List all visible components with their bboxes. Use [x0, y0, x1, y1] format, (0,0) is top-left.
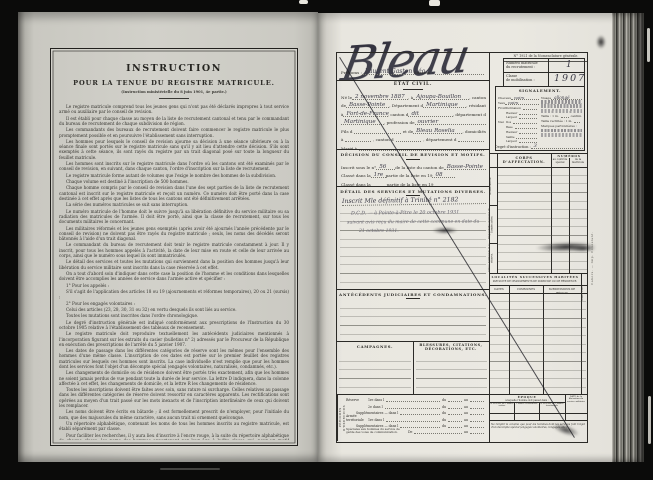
taille-rectifiee-blank	[574, 119, 580, 123]
row5-label-b: et de	[403, 129, 413, 134]
instruction-paragraph: Le degré d'instruction générale est indi…	[59, 320, 289, 331]
row2-label-b: , Département d	[389, 103, 423, 108]
row3-label-b: , canton d	[388, 112, 409, 117]
taille-rectifiee-label: Taille rectifiée : 1 m.	[541, 119, 572, 123]
residence-departement-value: Martinique	[344, 119, 376, 125]
instruction-paragraph: Le registre matricule forme autant de vo…	[59, 173, 289, 178]
cheveux-value: noirs	[514, 95, 524, 100]
decision-header: DÉCISION DU CONSEIL DE REVISION ET MOTIF…	[337, 152, 489, 157]
du-blank	[448, 424, 462, 428]
du-blank	[448, 405, 462, 409]
services-header-rule	[406, 195, 420, 196]
instruction-paragraph: Le registre matricule doit reproduire te…	[59, 331, 289, 347]
blessures-header: BLESSURES, CITATIONS, DÉCORATIONS, ETC.	[413, 343, 489, 352]
scan-speck	[647, 28, 650, 62]
matricule-number-value: 1	[566, 60, 572, 70]
epoque-v3	[565, 394, 566, 420]
etat-civil-top-rule	[337, 80, 489, 81]
row6-label-a: à	[341, 137, 343, 142]
classe-value: 1907	[554, 73, 586, 84]
etat-civil-rows: Né le 2 novembre 1887 , à Ajoupa-Bouillo…	[341, 91, 486, 151]
front-largeur-label: Largeur	[506, 115, 517, 119]
taille-label: Taille : 1 m.	[541, 114, 559, 118]
decision-header-rule	[406, 159, 420, 160]
book-fore-edge	[612, 13, 644, 462]
instruction-paragraph: La série des numéros matricules se suit …	[59, 202, 289, 207]
localites-header-rule	[489, 285, 587, 286]
instruction-paragraph: Les commandants des bureaux de recruteme…	[59, 127, 289, 138]
ink-blot	[596, 35, 606, 49]
epoque-col1: la réserve de l'armée active	[490, 403, 514, 408]
campagnes-ruled-lines	[339, 353, 411, 391]
au-label: au	[464, 405, 468, 409]
epoque-date-col: DATE de la libération du service militai…	[566, 396, 586, 403]
ink-scrawl-line	[541, 133, 582, 137]
matricule-label-line2: du recrutement :	[506, 65, 538, 69]
instruction-title: INSTRUCTION	[59, 63, 289, 74]
matricule-box: Numéro matricule du recrutement : 1 Clas…	[503, 58, 585, 87]
services-dcd-line3: 21 octobre 1931.	[359, 229, 399, 234]
antecedents-ruled-lines	[340, 300, 486, 339]
etat-civil-header: ÉTAT CIVIL.	[337, 82, 489, 87]
instruction-paragraph: Toutes les inscriptions doivent être fai…	[59, 387, 289, 408]
au-blank	[470, 398, 484, 402]
localites-title1: LOCALITÉS SUCCESSIVES HABITÉES	[491, 275, 579, 279]
degre-instruction-label: Degré d'instruction :	[495, 145, 531, 149]
periode-row2-label: 2e dans l	[368, 405, 383, 409]
epoque-col2: l'armée territoriale	[515, 403, 539, 405]
au-label: au	[464, 411, 468, 415]
etat-civil-row4: Martinique , profession de ouvrier	[341, 117, 486, 126]
decision-top-rule	[337, 149, 489, 150]
birth-departement-value: Martinique	[426, 102, 458, 108]
antecedents-header-rule	[406, 298, 420, 299]
nez-base-blank	[515, 125, 537, 129]
corps-ruled-rows	[498, 167, 587, 273]
au-blank	[470, 418, 484, 422]
degre-instruction-row: Degré d'instruction : 3	[495, 144, 583, 149]
periodes-side-label: PÉRIODES D'EXERCICES	[337, 394, 345, 441]
au-label: au	[464, 430, 468, 434]
front-hauteur-label: Hauteur	[506, 111, 517, 115]
visage-value: allongé	[554, 95, 570, 100]
classe-label: Classe de mobilisation :	[506, 74, 535, 83]
au-label: au	[464, 398, 468, 402]
row1-label-a: Né le	[341, 95, 352, 100]
ink-scrawl-line	[541, 100, 582, 104]
row3-label-c: , département d	[453, 112, 486, 117]
instruction-paragraph: 2° Pour les engagés volontaires :	[59, 301, 289, 306]
campagnes-header: CAMPAGNES.	[337, 344, 413, 349]
periodes-block: PÉRIODES D'EXERCICES Réserve 1re dans l …	[337, 394, 489, 441]
nez-hauteur-blank	[519, 130, 537, 134]
etat-civil-row3: à Fort-de-France , canton d dit , départ…	[341, 108, 486, 117]
prenoms-label: Prénoms :	[341, 70, 362, 75]
etat-civil-row5: Fils d et de Bleau Roselia , domiciliés	[341, 125, 486, 134]
instruction-paragraph: Le numéro matricule de l'homme doit le s…	[59, 209, 289, 225]
dates-col-header: DATES	[489, 287, 509, 291]
spec-label: Spéciales aux hommes du service de garde…	[346, 428, 408, 434]
nez-label: Nez	[498, 120, 506, 124]
classe-label-line2: de mobilisation :	[506, 78, 535, 82]
periode-row4-label: 1re dans l	[368, 418, 384, 422]
front-largeur-blank	[519, 115, 537, 119]
instruction-paragraph: Celui des articles (23, 28, 30, 31 ou 32…	[59, 307, 289, 312]
scan-speck	[160, 468, 220, 470]
au-blank	[470, 411, 484, 415]
scan-speck	[299, 0, 308, 4]
decision-rows: Inscrit sous le n° 56 de la liste du can…	[341, 161, 486, 187]
corps-title: CORPS D'AFFECTATION.	[497, 156, 551, 164]
du-label: du	[442, 405, 446, 409]
de-label: De	[408, 430, 412, 434]
visage-label: Visage	[541, 96, 551, 100]
periode-row1-blank	[386, 398, 440, 402]
row1-label-c: , canton	[469, 95, 486, 100]
instruction-paragraph: Pour faciliter les recherches, il y aura…	[59, 433, 289, 440]
instruction-paragraph: Les dates de passage dans les différente…	[59, 348, 289, 369]
services-ruled-lines	[340, 205, 486, 287]
instruction-frame: INSTRUCTION POUR LA TENUE DU REGISTRE MA…	[50, 48, 298, 446]
etat-civil-row6: à , canton d , département d	[341, 134, 486, 143]
instruction-paragraph: Les changements de domicile ou de réside…	[59, 370, 289, 386]
row5-label-a: Fils d	[341, 129, 352, 134]
liste-annee-value: 08	[435, 172, 442, 178]
instruction-content: INSTRUCTION POUR LA TENUE DU REGISTRE MA…	[59, 55, 289, 440]
etat-civil-row2: de Basse-Pointe , Département d Martiniq…	[341, 100, 486, 109]
row5-label-c: , domiciliés	[462, 129, 486, 134]
domicile-blank	[345, 135, 371, 142]
taille-blank	[561, 114, 569, 118]
ink-scrawl-line	[541, 109, 582, 113]
periode-row4-blank	[386, 418, 440, 422]
signalement-right: Visage allongé Taille : 1 m. centim. Tai…	[541, 94, 582, 137]
residence-canton-value: dit	[411, 111, 419, 117]
localites-table: LOCALITÉS SUCCESSIVES HABITÉES PAR SUITE…	[489, 273, 587, 394]
profession-value: ouvrier	[418, 119, 439, 125]
yeux-value: noirs	[508, 100, 518, 105]
instruction-paragraph: Un répertoire alphabétique, contenant le…	[59, 421, 289, 432]
instruction-paragraph: Toutes les mutations sont inscrites dans…	[59, 313, 289, 318]
territoriale-group-label: Armée territoriale	[346, 414, 368, 422]
du-label: du	[442, 411, 446, 415]
services-header: DÉTAIL DES SERVICES ET MUTATIONS DIVERSE…	[337, 189, 489, 194]
instruction-paragraphs: Le registre matricule comprend tous les …	[59, 104, 289, 440]
du-blank	[448, 418, 462, 422]
printer-imprint: Cahors. — Imp. Coueslant.	[590, 208, 596, 308]
instruction-paragraph: Les militaires réformés et les jeunes ge…	[59, 226, 289, 242]
etat-civil-header-rule	[403, 89, 423, 90]
liste-partie-value: 1re	[374, 172, 384, 178]
front-label: Front	[498, 106, 506, 110]
scan-speck	[648, 396, 651, 444]
services-dcd-line2: suivant avis reçu du maire de cette comm…	[347, 220, 479, 226]
au-blank	[470, 424, 484, 428]
du-label: du	[442, 424, 446, 428]
front-inclinaison-label: Inclinaison	[506, 106, 521, 110]
matricule-col: de la matricule	[569, 159, 587, 165]
spec-label-line2: des voies de communication.	[355, 430, 397, 434]
decision-l1-label: Inscrit sous le n°	[341, 165, 376, 170]
domicile-dept-blank	[458, 135, 484, 142]
controle-special-col: au contrôle spécial	[551, 159, 569, 165]
instruction-paragraph: S'il s'agit de l'application des article…	[59, 289, 289, 300]
au-label: au	[464, 418, 468, 422]
reserve-group-label: Réserve	[346, 398, 368, 402]
armee-active-group: Armée active.	[489, 167, 497, 205]
periode-row1-label: 1re dans l	[368, 398, 384, 402]
mother-name-value: Bleau Roselia	[416, 128, 455, 134]
instruction-paragraph: Le détail des services et toutes les mut…	[59, 259, 289, 270]
services-dcd-line1: D.C.D. — à Pointe-à-Pitre le 20 octobre …	[351, 211, 459, 217]
title-rule	[159, 98, 189, 99]
surnom-blank	[435, 68, 484, 75]
left-page-instruction-sheet: INSTRUCTION POUR LA TENUE DU REGISTRE MA…	[18, 12, 318, 462]
au-label: au	[464, 424, 468, 428]
taille-unit: centim.	[571, 114, 582, 118]
localites-title2: PAR SUITE DE CHANGEMENTS DE DOMICILE OU …	[491, 280, 579, 283]
row2-label-c: , résidant	[466, 103, 486, 108]
instruction-paragraph: Chaque homme compris par le conseil de r…	[59, 185, 289, 201]
au-blank	[470, 405, 484, 409]
domicile-canton-blank	[396, 135, 422, 142]
du-blank	[448, 411, 462, 415]
du-blank	[448, 398, 462, 402]
right-page-matricule-sheet: N° 1921 de la Nomenclature générale. Ble…	[318, 13, 644, 462]
disponibilite-group: Disponibilité et réserve de l'armée acti…	[489, 205, 497, 243]
nez-dos-label: Dos	[506, 120, 511, 124]
nez-dos-blank	[513, 120, 537, 124]
nez-saillie-label: Saillie	[506, 135, 514, 139]
decision-l2-label: Classé dans la	[341, 173, 371, 178]
antecedents-header: ANTÉCÉDENTS JUDICIAIRES ET CONDAMNATIONS…	[337, 292, 489, 297]
du-label: du	[442, 398, 446, 402]
periode-row3-blank	[400, 411, 440, 415]
front-inclinaison-blank	[523, 106, 537, 110]
du-label: du	[442, 418, 446, 422]
instruction-paragraph: Il est établi pour chaque classe au moye…	[59, 116, 289, 127]
services-top-rule	[337, 186, 489, 187]
epoque-bottom-rule	[489, 420, 587, 421]
matricule-box-vdivider	[548, 59, 549, 86]
instruction-paragraph: Les hommes pour lesquels le conseil de r…	[59, 139, 289, 160]
instruction-subtitle: POUR LA TENUE DU REGISTRE MATRICULE.	[59, 79, 289, 87]
nez-hauteur-label: Hauteur	[506, 130, 517, 134]
instruction-paragraph: Le commandant du bureau de recrutement d…	[59, 242, 289, 258]
blessures-header-line2: DÉCORATIONS, ETC.	[413, 347, 489, 351]
signalement-header: SIGNALEMENT.	[496, 88, 584, 93]
ink-scrawl-line	[541, 104, 582, 108]
instruction-ministerial-note: (Instruction ministérielle du 8 juin 190…	[59, 90, 289, 94]
territoriale-group: Armée territoriale et sa réserve.	[489, 243, 497, 273]
scan-speck	[429, 0, 440, 6]
front-hauteur-blank	[519, 111, 537, 115]
epoque-v2	[539, 402, 540, 420]
marques-label: Marques particulières :	[541, 124, 577, 128]
epoque-v1	[514, 402, 515, 420]
periodes-rows: Réserve 1re dans l du au 2e dans l du au	[346, 396, 486, 434]
communes-col-header: COMMUNES	[509, 287, 543, 291]
cheveux-label: Cheveux	[498, 96, 511, 100]
nez-largeur-label: Largeur	[506, 139, 517, 143]
residence-value: Fort-de-France	[346, 111, 388, 117]
decision-l1b-label: de la liste du canton de	[395, 165, 444, 170]
liste-canton-value: Basse-Pointe	[447, 164, 483, 170]
instruction-paragraph: Les noms doivent être écrits en bâtarde …	[59, 409, 289, 420]
instruction-paragraph: 1° Pour les appelés :	[59, 283, 289, 288]
instruction-paragraph: Chaque volume est destiné à l'inscriptio…	[59, 179, 289, 184]
de-blank	[414, 430, 462, 434]
decision-l2b-label: partie de la liste en 19	[386, 173, 433, 178]
liste-numero-value: 56	[379, 164, 386, 170]
birth-place-value: Ajoupa-Bouillon	[416, 94, 461, 100]
blessures-ruled-lines	[416, 353, 487, 391]
au-blank	[470, 430, 484, 434]
periode-row2-blank	[385, 405, 440, 409]
yeux-label: Yeux	[498, 101, 505, 105]
instruction-paragraph: Les hommes sont inscrits sur le registre…	[59, 161, 289, 172]
epoque-h2	[489, 413, 587, 414]
instruction-paragraph: On a tout d'abord soin d'indiquer dans c…	[59, 271, 289, 282]
instruction-paragraph: Le registre matricule comprend tous les …	[59, 104, 289, 115]
antecedents-top-rule	[337, 289, 489, 290]
nez-saillie-blank	[516, 135, 537, 139]
nez-base-label: Base	[506, 125, 513, 129]
matricule-number-label: Numéro matricule du recrutement :	[506, 61, 538, 70]
surnom-label: Surnom :	[414, 70, 433, 75]
corps-table: CORPS D'AFFECTATION. NUMÉROS au contrôle…	[489, 153, 587, 273]
prenoms-row: Prénoms : Laurent Gaston Léo Surnom :	[341, 68, 486, 75]
row6-label-c: , département d	[423, 137, 456, 142]
signalement-box: SIGNALEMENT. Cheveux noirs Yeux noirs Fr…	[495, 86, 585, 151]
father-blank	[354, 127, 400, 134]
row4-label-a: , profession de	[384, 120, 415, 125]
signalement-left: Cheveux noirs Yeux noirs Front Inclinais…	[498, 94, 539, 143]
degre-instruction-value: 3	[534, 143, 537, 149]
